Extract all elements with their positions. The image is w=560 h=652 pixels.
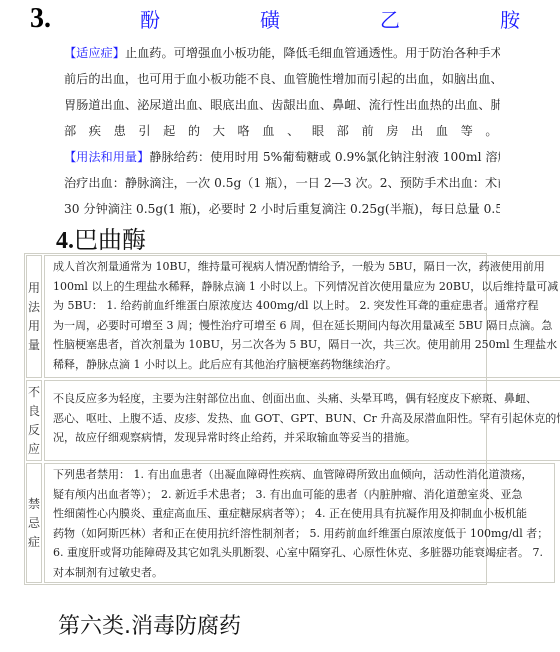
row-label: 用 法 用 量 (26, 255, 42, 378)
title-char: 酚 (140, 6, 160, 34)
section-4-heading: 4.巴曲酶 (56, 225, 146, 256)
text-line: 对本制剂有过敏史者。 (53, 563, 548, 583)
table-row-adverse-reactions: 不 良 反 应 不良反应多为轻度，主要为注射部位出血、创面出血、头痛、头晕耳鸣，… (26, 380, 485, 461)
text-line: 性脑梗塞患者，首次剂量为 10BU，另二次各为 5 BU，隔日一次，共三次。使用… (53, 335, 558, 355)
label-char: 不 (27, 383, 41, 402)
text-line: 不良反应多为轻度，主要为注射部位出血、创面出血、头痛、头晕耳鸣，偶有轻度皮下瘀斑… (53, 389, 560, 409)
text-line: 下列患者禁用： 1. 有出血患者（出凝血障碍性疾病、血管障碍所致出血倾向，活动性… (53, 465, 548, 485)
section-3-heading: 3. 酚 磺 乙 胺 (30, 4, 550, 34)
row-content: 不良反应多为轻度，主要为注射部位出血、创面出血、头痛、头晕耳鸣，偶有轻度皮下瘀斑… (44, 380, 560, 461)
section-number: 3. (30, 4, 51, 34)
indication-label: 【适应症】 (64, 46, 125, 60)
text-line: 前后的出血，也可用于血小板功能不良、血管脆性增加而引起的出血，如脑出血、 (64, 66, 500, 92)
label-char: 应 (27, 440, 41, 459)
text-line: 为 5BU： 1. 给药前血纤维蛋白原浓度达 400mg/dl 以上时。 2. … (53, 296, 558, 316)
text-line: 药物（如阿斯匹林）者和正在使用抗纤溶性制剂者； 5. 用药前血纤维蛋白原浓度低于… (53, 524, 548, 544)
label-char: 症 (27, 533, 41, 552)
text-line: 疑有颅内出血者等）； 2. 新近手术患者； 3. 有出血可能的患者（内脏肿瘤、消… (53, 485, 548, 505)
text-line: 成人首次剂量通常为 10BU，维持量可视病人情况酌情给予，一般为 5BU，隔日一… (53, 257, 558, 277)
row-content: 成人首次剂量通常为 10BU，维持量可视病人情况酌情给予，一般为 5BU，隔日一… (44, 255, 560, 378)
text-line: 止血药。可增强血小板功能，降低毛细血管通透性。用于防治各种手术 (125, 46, 500, 60)
text-line: 为一周，必要时可增至 3 周；慢性治疗可增至 6 周，但在延长期间内每次用量减至… (53, 316, 558, 336)
section-number: 4. (56, 228, 74, 254)
text-line: 治疗出血：静脉滴注，一次 0.5g（1 瓶），一日 2—3 次。2、预防手术出血… (64, 170, 500, 196)
drug-title: 酚 磺 乙 胺 (140, 6, 520, 34)
row-content: 下列患者禁用： 1. 有出血患者（出凝血障碍性疾病、血管障碍所致出血倾向，活动性… (44, 463, 555, 583)
text-line: 6. 重度肝或肾功能障碍及其它如乳头肌断裂、心室中隔穿孔、心原性休克、多脏器功能… (53, 543, 548, 563)
label-char: 忌 (27, 514, 41, 533)
label-char: 用 (27, 279, 41, 298)
drug-info-table: 用 法 用 量 成人首次剂量通常为 10BU，维持量可视病人情况酌情给予，一般为… (24, 253, 487, 585)
text-line: 30 分钟滴注 0.5g(1 瓶)，必要时 2 小时后重复滴注 0.25g(半瓶… (64, 196, 500, 222)
label-char: 反 (27, 421, 41, 440)
label-char: 法 (27, 298, 41, 317)
title-char: 磺 (260, 6, 280, 34)
indication-paragraph: 【适应症】止血药。可增强血小板功能，降低毛细血管通透性。用于防治各种手术 前后的… (64, 40, 500, 222)
text-line: 部疾患引起的大咯血、眼部前房出血等。 (64, 118, 500, 144)
section-6-heading: 第六类.消毒防腐药 (58, 612, 241, 642)
drug-title: 巴曲酶 (74, 226, 146, 254)
text-line: 100ml 以上的生理盐水稀释，静脉点滴 1 小时以上。下列情况首次使用量应为 … (53, 277, 558, 297)
text-line: 性细菌性心内膜炎、重症高血压、重症糖尿病者等）； 4. 正在使用具有抗凝作用及抑… (53, 504, 548, 524)
title-char: 胺 (500, 6, 520, 34)
label-char: 良 (27, 402, 41, 421)
title-char: 乙 (380, 6, 400, 34)
label-char: 用 (27, 317, 41, 336)
usage-label: 【用法和用量】 (64, 150, 149, 164)
text-line: 恶心、呕吐、上腹不适、皮疹、发热、血 GOT、GPT、BUN、Cr 升高及尿潜血… (53, 409, 560, 429)
row-label: 不 良 反 应 (26, 380, 42, 461)
table-row-contraindications: 禁 忌 症 下列患者禁用： 1. 有出血患者（出凝血障碍性疾病、血管障碍所致出血… (26, 463, 485, 583)
text-line: 稀释，静脉点滴 1 小时以上。此后应有其他治疗脑梗塞药物继续治疗。 (53, 355, 558, 375)
label-char: 禁 (27, 495, 41, 514)
row-label: 禁 忌 症 (26, 463, 42, 583)
text-line: 静脉给药：使用时用 5%葡萄糖或 0.9%氯化钠注射液 100ml 溶解。1、 (149, 150, 500, 164)
table-row-usage: 用 法 用 量 成人首次剂量通常为 10BU，维持量可视病人情况酌情给予，一般为… (26, 255, 485, 378)
text-line: 胃肠道出血、泌尿道出血、眼底出血、齿龈出血、鼻衄、流行性出血热的出血、肺 (64, 92, 500, 118)
label-char: 量 (27, 336, 41, 355)
text-line: 况，故应仔细观察病情，发现异常时终止给药，并采取输血等妥当的措施。 (53, 428, 560, 448)
